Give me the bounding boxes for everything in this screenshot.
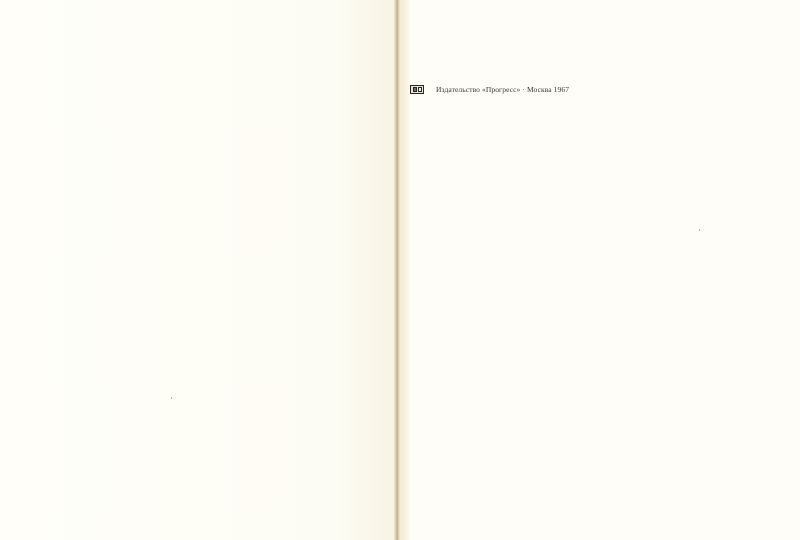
right-page xyxy=(410,0,800,540)
book-spread: Издательство «Прогресс» · Москва 1967 xyxy=(0,0,800,540)
paper-speck xyxy=(699,229,700,231)
publisher-logo-icon xyxy=(410,85,424,94)
imprint-text: Издательство «Прогресс» · Москва 1967 xyxy=(436,85,569,94)
publisher-imprint: Издательство «Прогресс» · Москва 1967 xyxy=(410,85,569,94)
left-page xyxy=(0,0,396,540)
book-spine-fold xyxy=(394,0,410,540)
paper-speck xyxy=(171,397,172,399)
